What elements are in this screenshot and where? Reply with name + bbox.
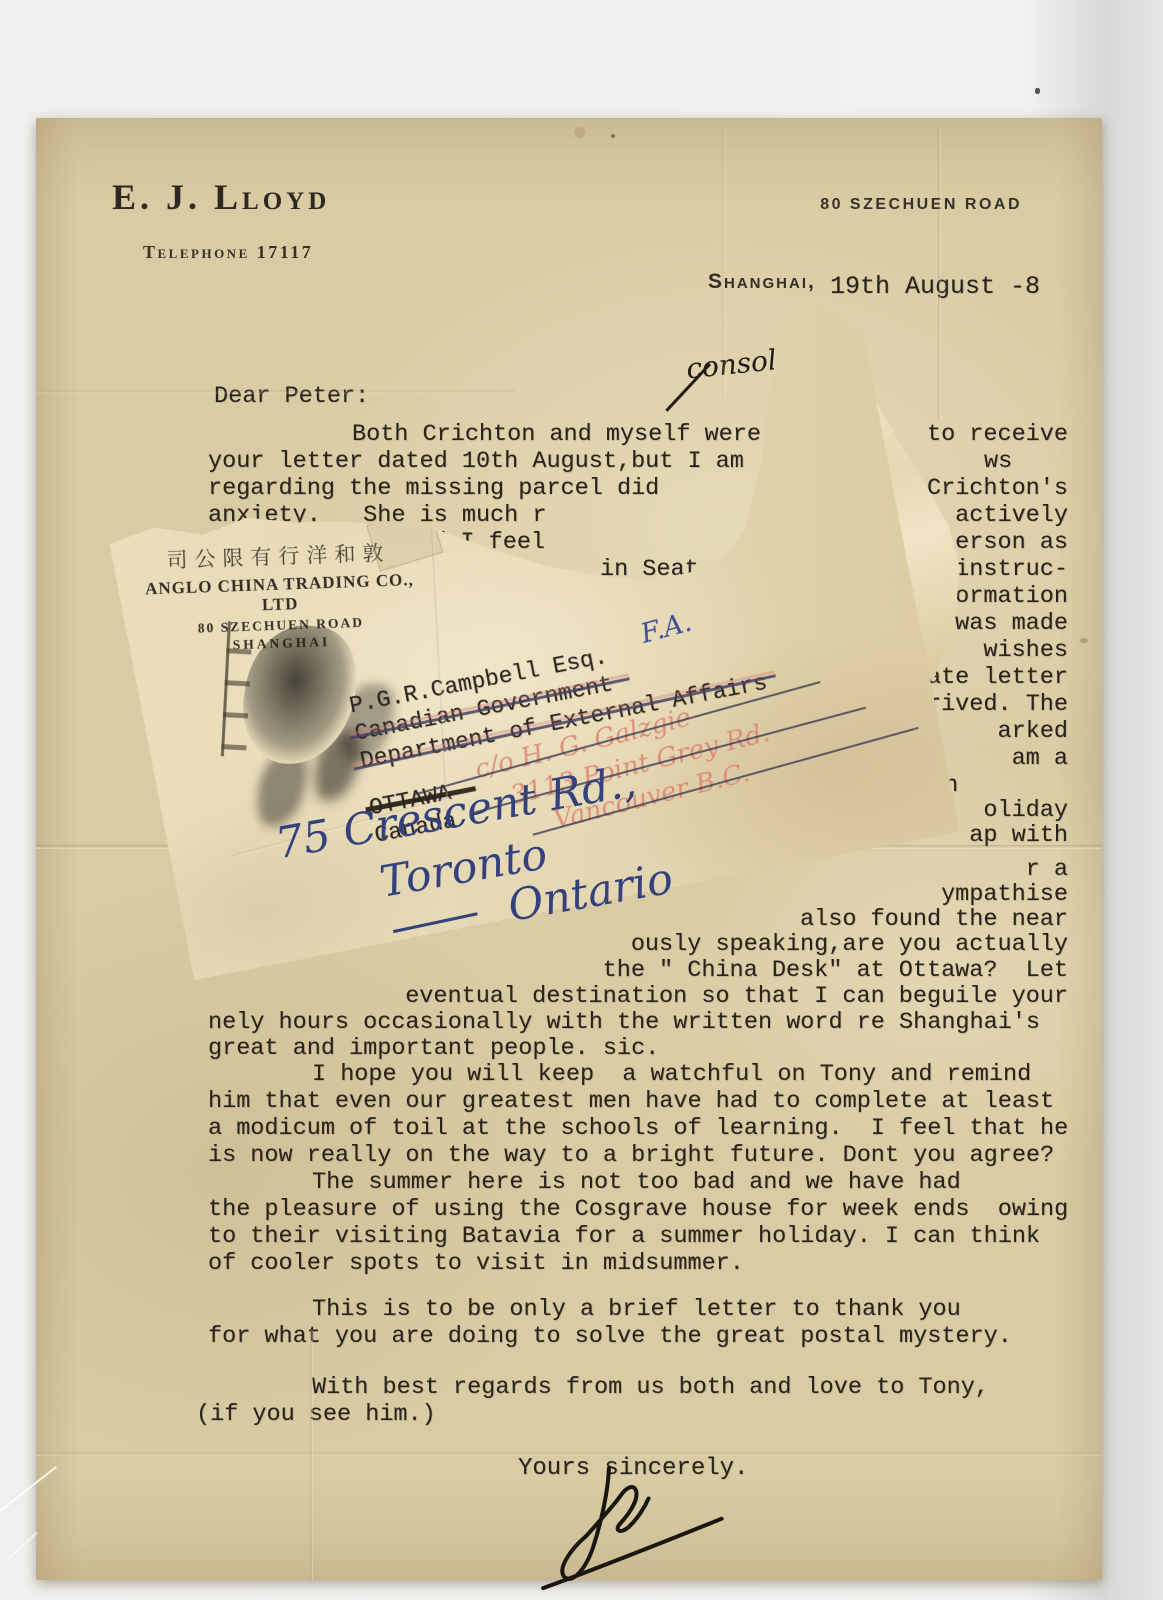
typed-line: Both Crichton and myself wereto receive: [208, 421, 1068, 448]
scratch-mark: [6, 1532, 37, 1560]
paper-speck: [1080, 638, 1088, 643]
scanned-letter-photo: E. J. Lloyd Telephone 17117 80 SZECHUEN …: [0, 0, 1163, 1600]
fold-crease: [36, 390, 516, 394]
typed-line: eventual destination so that I can begui…: [208, 983, 1068, 1010]
paper-speck: [611, 134, 615, 138]
fold-crease: [722, 128, 725, 398]
fold-crease: [36, 1452, 1102, 1456]
corner-card-company: ANGLO CHINA TRADING CO., LTD: [129, 569, 430, 619]
typed-line: The summer here is not too bad and we ha…: [208, 1169, 1068, 1196]
typed-line: This is to be only a brief letter to tha…: [208, 1296, 1068, 1323]
typed-line: I hope you will keep a watchful on Tony …: [208, 1061, 1068, 1088]
typed-line: With best regards from us both and love …: [208, 1374, 1068, 1401]
signature-jack: [467, 1454, 773, 1600]
typed-line: nely hours occasionally with the written…: [208, 1009, 1068, 1036]
typed-line: for what you are doing to solve the grea…: [208, 1323, 1068, 1350]
typed-line: him that even our greatest men have had …: [208, 1088, 1068, 1115]
paper-speck: [691, 1258, 694, 1261]
typed-line: to their visiting Batavia for a summer h…: [208, 1223, 1068, 1250]
typed-line: of cooler spots to visit in midsummer.: [208, 1250, 1068, 1277]
typed-line: a modicum of toil at the schools of lear…: [208, 1115, 1068, 1142]
typed-line: the pleasure of using the Cosgrave house…: [208, 1196, 1068, 1223]
typed-line: (if you see him.): [208, 1401, 1068, 1428]
scanner-dust-speck: [1035, 88, 1040, 94]
fold-crease: [938, 130, 941, 420]
fold-crease: [310, 1330, 313, 1580]
typed-line: your letter dated 10th August,but I amws: [208, 448, 1068, 475]
typed-line: great and important people. sic.: [208, 1035, 1068, 1062]
typed-line: is now really on the way to a bright fut…: [208, 1142, 1068, 1169]
typed-line: the " China Desk" at Ottawa? Let: [208, 957, 1068, 984]
typed-line: regarding the missing parcel didCrichton…: [208, 475, 1068, 502]
